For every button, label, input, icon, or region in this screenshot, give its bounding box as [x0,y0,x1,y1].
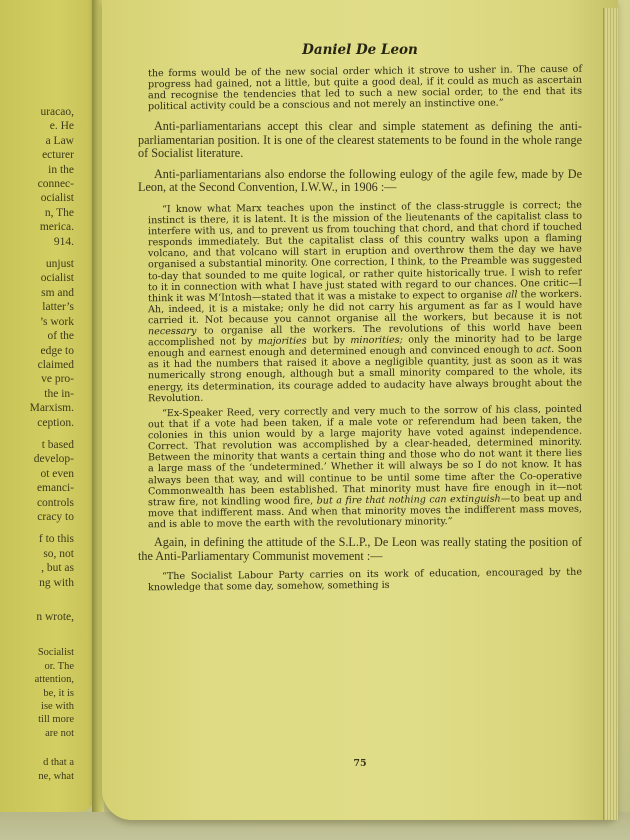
left-line: attention, [0,673,74,686]
left-line: be, it is [0,687,74,700]
left-line: Socialist [0,646,74,659]
left-line: ise with [0,700,74,713]
left-line: in the [0,163,74,177]
left-line: a Law [0,134,74,148]
left-line: cracy to [0,510,74,524]
left-text-block-b: unjust ocialist sm and latter’s ’s work … [0,257,74,430]
left-line: ocialist [0,191,74,205]
left-line: Marxism. [0,401,74,415]
photo-scene: uracao, e. He a Law ecturer in the conne… [0,0,630,840]
paragraph-2: Anti-parliamentarians also endorse the f… [138,168,582,195]
right-page: Daniel De Leon the forms would be of the… [102,0,618,820]
left-line: ot even [0,467,74,481]
left-line: n wrote, [0,610,74,624]
left-page: uracao, e. He a Law ecturer in the conne… [0,0,96,812]
left-line: n, The [0,206,74,220]
left-line: ception. [0,416,74,430]
left-line: or. The [0,660,74,673]
left-text-block-c: t based develop- ot even emanci- control… [0,438,74,524]
left-line: latter’s [0,300,74,314]
de-leon-quote-1: “I know what Marx teaches upon the insti… [148,200,582,404]
page-number: 75 [102,758,618,769]
left-text-block-a: uracao, e. He a Law ecturer in the conne… [0,105,74,249]
left-line: e. He [0,119,74,133]
left-line: t based [0,438,74,452]
page-edges [603,8,618,820]
paragraph-1: Anti-parliamentarians accept this clear … [138,120,582,160]
left-text-block-g: d that a ne, what [0,756,74,783]
left-line: ve pro- [0,372,74,386]
left-line: controls [0,496,74,510]
left-line: of the [0,329,74,343]
left-line: claimed [0,358,74,372]
left-line: are not [0,727,74,740]
running-head: Daniel De Leon [102,42,618,58]
left-line: ’s work [0,315,74,329]
left-line: develop- [0,452,74,466]
left-line: till more [0,713,74,726]
left-text-block-e: n wrote, [0,610,74,624]
left-line: f to this [0,532,74,546]
left-line: emanci- [0,481,74,495]
opening-quote: the forms would be of the new social ord… [148,64,582,113]
left-line: ecturer [0,148,74,162]
left-line: so, not [0,547,74,561]
page-body: the forms would be of the new social ord… [142,66,582,591]
left-line: uracao, [0,105,74,119]
left-page-text: uracao, e. He a Law ecturer in the conne… [0,105,74,783]
left-line: ne, what [0,770,74,783]
paragraph-3: Again, in defining the attitude of the S… [138,536,582,563]
left-line: merica. [0,220,74,234]
left-line: sm and [0,286,74,300]
left-line: ocialist [0,271,74,285]
left-line: unjust [0,257,74,271]
left-line: 914. [0,235,74,249]
de-leon-quote-2: “Ex-Speaker Reed, very correctly and ver… [148,404,582,531]
left-text-block-d: f to this so, not , but as ng with [0,532,74,590]
left-line: the in- [0,387,74,401]
left-line: connec- [0,177,74,191]
left-text-block-f: Socialist or. The attention, be, it is i… [0,646,74,740]
left-line: edge to [0,344,74,358]
left-line: d that a [0,756,74,769]
slp-quote: “The Socialist Labour Party carries on i… [148,567,582,594]
left-line: ng with [0,576,74,590]
left-line: , but as [0,561,74,575]
